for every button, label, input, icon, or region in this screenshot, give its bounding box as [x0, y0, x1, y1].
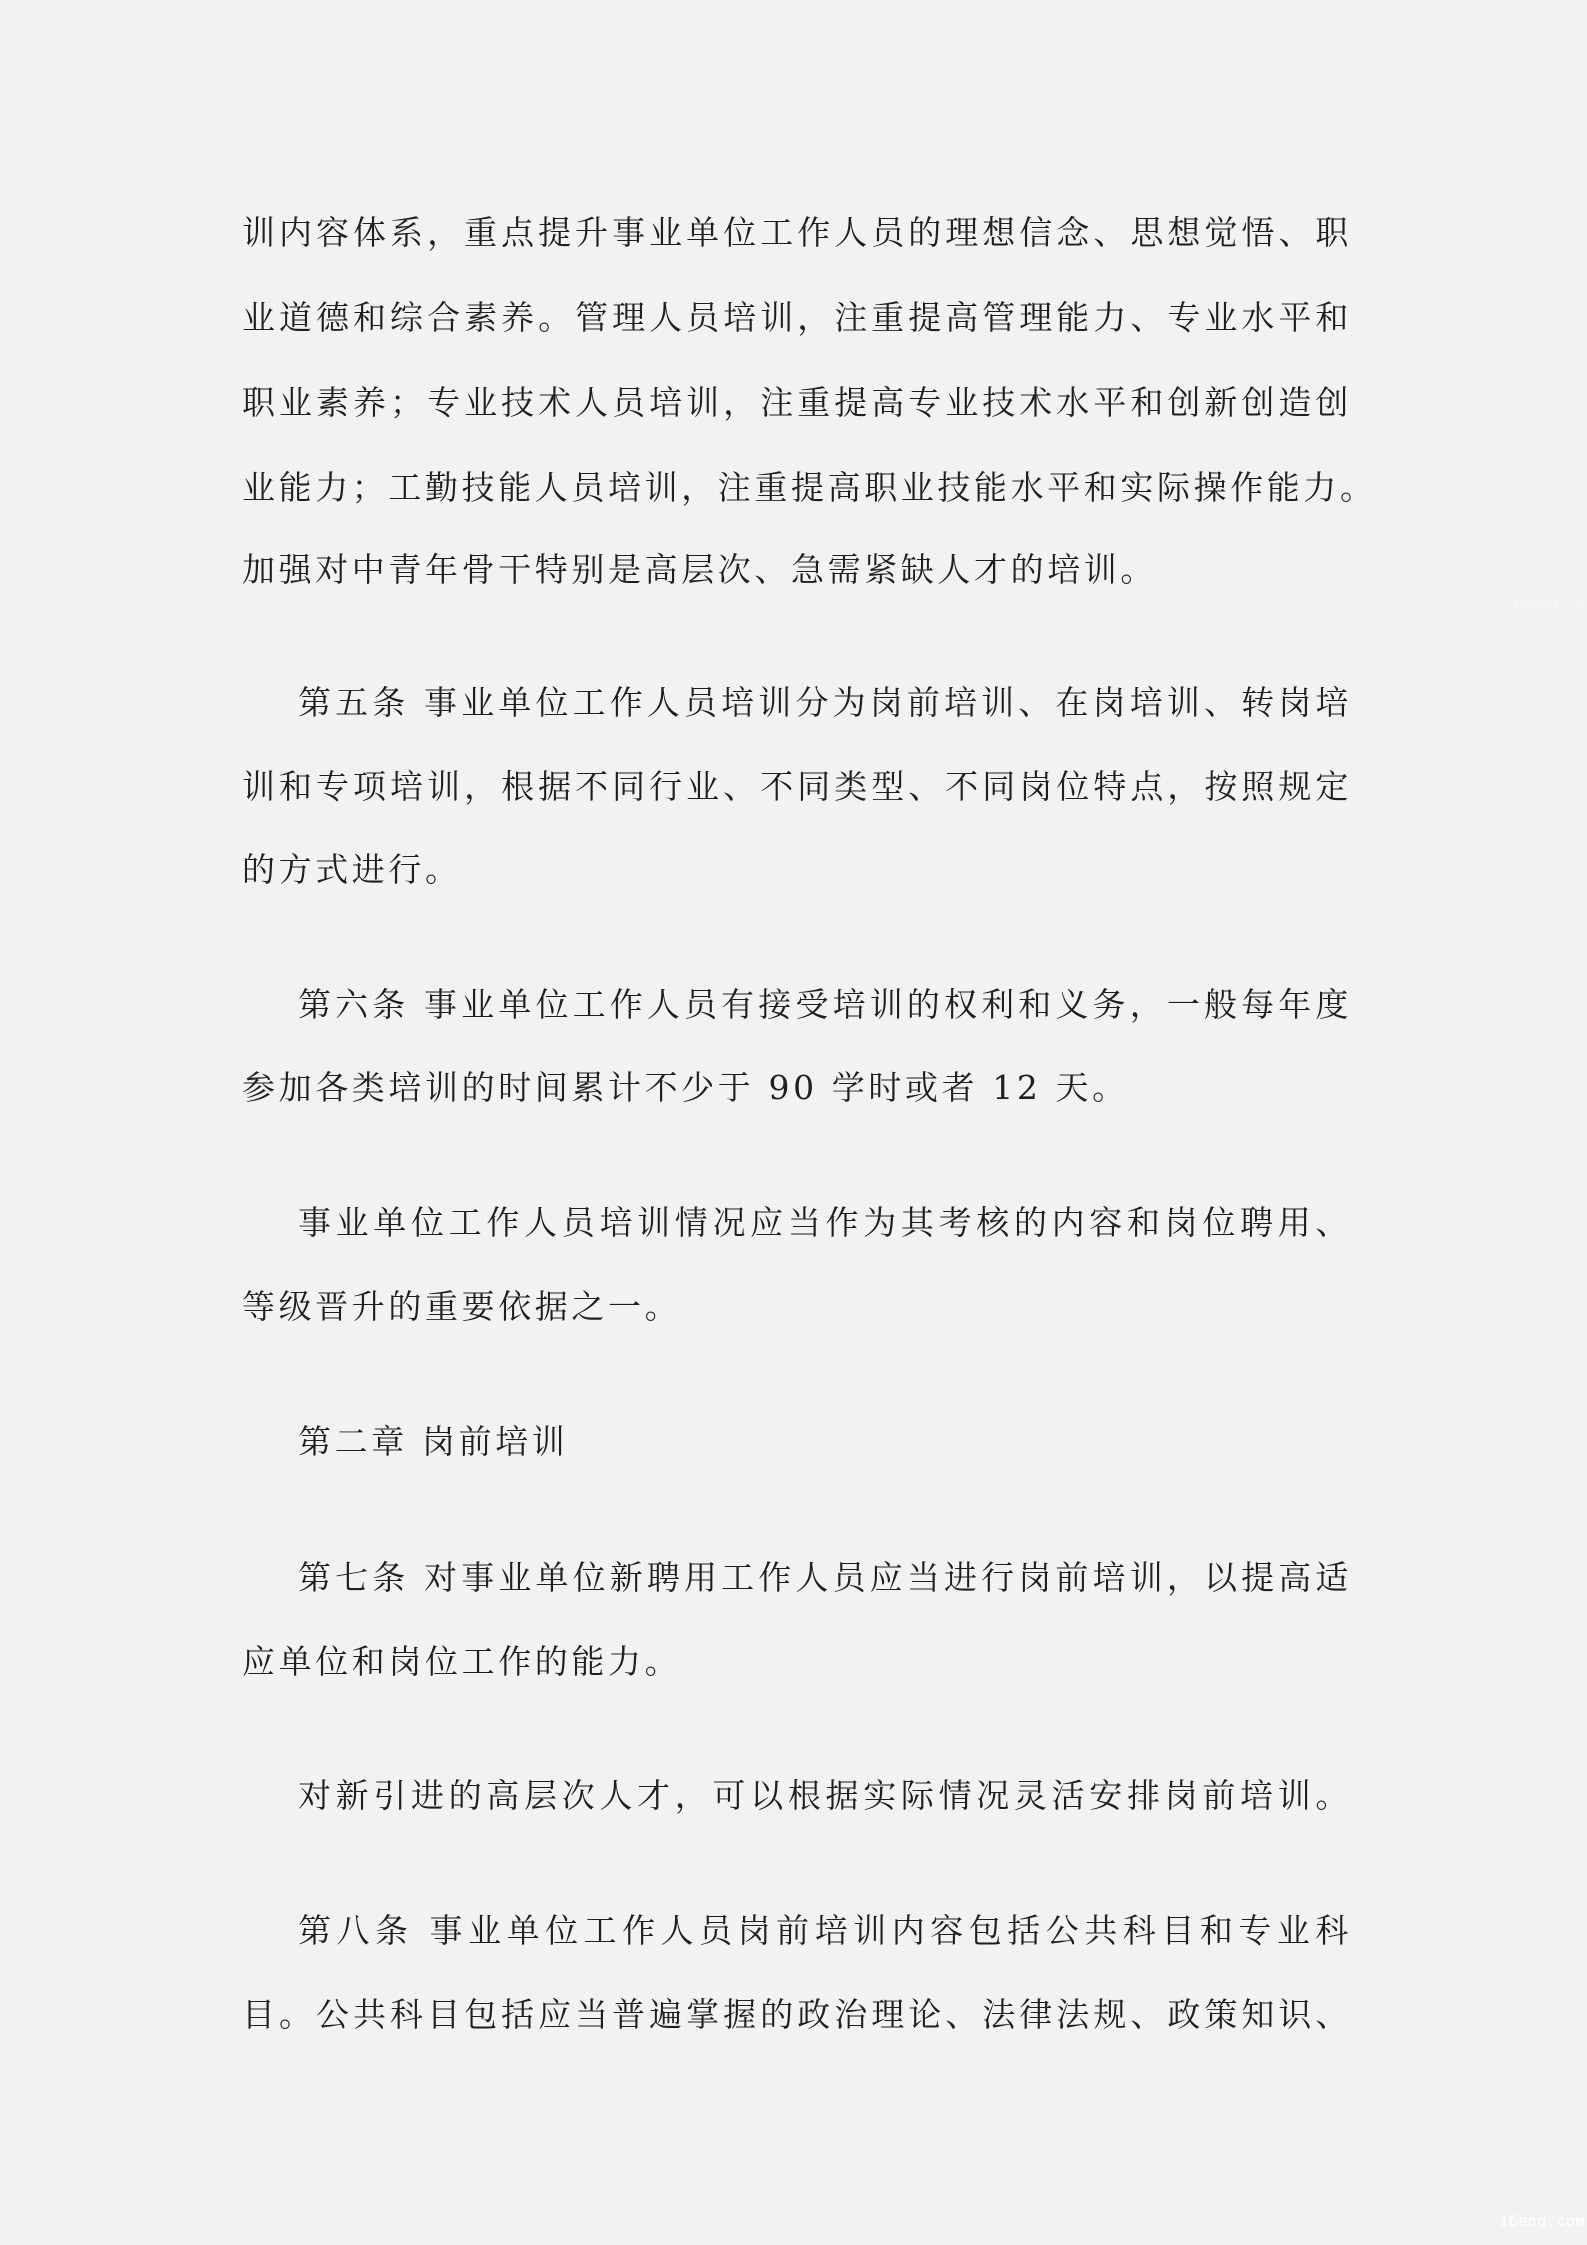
article-8-line: 第八条 事业单位工作人员岗前培训内容包括公共科目和专业科 — [298, 1909, 1352, 1953]
watermark-middle: 16eng.co — [1511, 595, 1587, 613]
article-6b-line: 等级晋升的重要依据之一。 — [242, 1285, 1352, 1329]
article-8-line: 目。公共科目包括应当普遍掌握的政治理论、法律法规、政策知识、 — [242, 1993, 1352, 2037]
article-7b-line: 对新引进的高层次人才，可以根据实际情况灵活安排岗前培训。 — [298, 1774, 1352, 1818]
paragraph-line: 训内容体系，重点提升事业单位工作人员的理想信念、思想觉悟、职 — [242, 211, 1352, 255]
paragraph-line: 业能力；工勤技能人员培训，注重提高职业技能水平和实际操作能力。 — [242, 466, 1352, 510]
article-7-line: 第七条 对事业单位新聘用工作人员应当进行岗前培训，以提高适 — [298, 1556, 1352, 1600]
watermark-bottom: 16eng.com — [1499, 2212, 1585, 2230]
article-5-line: 训和专项培训，根据不同行业、不同类型、不同岗位特点，按照规定 — [242, 765, 1352, 809]
article-6b-line: 事业单位工作人员培训情况应当作为其考核的内容和岗位聘用、 — [298, 1201, 1352, 1245]
paragraph-line: 业道德和综合素养。管理人员培训，注重提高管理能力、专业水平和 — [242, 296, 1352, 340]
paragraph-line: 职业素养；专业技术人员培训，注重提高专业技术水平和创新创造创 — [242, 381, 1352, 425]
article-5-line: 的方式进行。 — [242, 848, 1352, 892]
paragraph-line: 加强对中青年骨干特别是高层次、急需紧缺人才的培训。 — [242, 548, 1352, 592]
chapter-heading: 第二章 岗前培训 — [298, 1420, 1352, 1464]
article-6-line: 第六条 事业单位工作人员有接受培训的权利和义务，一般每年度 — [298, 983, 1352, 1027]
document-page: 训内容体系，重点提升事业单位工作人员的理想信念、思想觉悟、职 业道德和综合素养。… — [0, 0, 1587, 2245]
article-5-line: 第五条 事业单位工作人员培训分为岗前培训、在岗培训、转岗培 — [298, 681, 1352, 725]
article-7-line: 应单位和岗位工作的能力。 — [242, 1640, 1352, 1684]
article-6-line: 参加各类培训的时间累计不少于 90 学时或者 12 天。 — [242, 1066, 1352, 1110]
